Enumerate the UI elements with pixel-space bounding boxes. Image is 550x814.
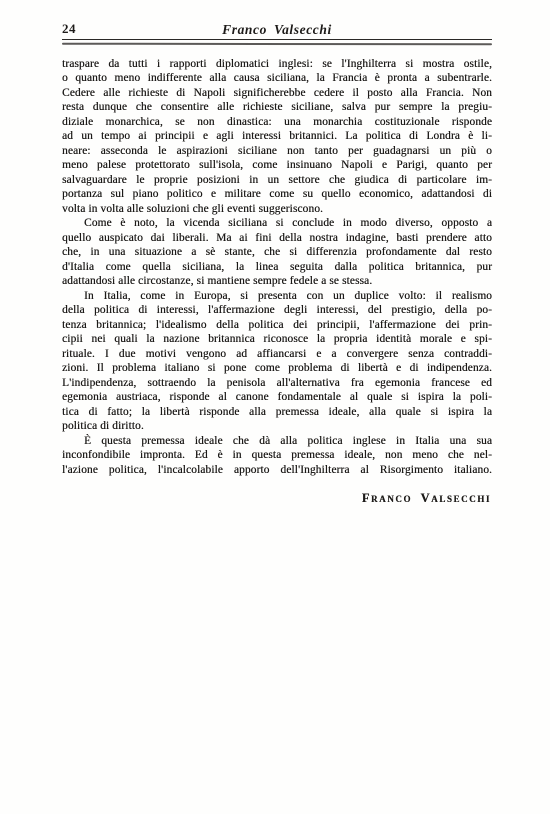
text-line: volta in volta alle soluzioni che gli ev…: [62, 202, 492, 217]
paragraph: Come è noto, la vicenda siciliana si con…: [62, 216, 492, 289]
text-line: L'indipendenza, sottraendo la penisola a…: [62, 376, 492, 391]
author-signature: Franco Valsecchi: [62, 491, 492, 506]
running-title: Franco Valsecchi: [62, 22, 492, 38]
text-line: traspare da tutti i rapporti diplomatici…: [62, 57, 492, 72]
text-line: cipii nei quali la nazione britannica ri…: [62, 332, 492, 347]
text-line: zioni. Il problema italiano si pone come…: [62, 361, 492, 376]
text-line: che, in una situazione a sè stante, che …: [62, 245, 492, 260]
header-rule-bottom: [62, 43, 492, 45]
text-line: quello auspicato dai liberali. Ma ai fin…: [62, 231, 492, 246]
text-line: È questa premessa ideale che dà alla pol…: [62, 434, 492, 449]
body-text: traspare da tutti i rapporti diplomatici…: [62, 57, 492, 478]
text-line: salvaguardare le proprie posizioni in un…: [62, 173, 492, 188]
text-line: resta dunque che consentire alle richies…: [62, 100, 492, 115]
text-line: diziale monarchica, se non dinastica: un…: [62, 115, 492, 130]
running-header: 24 Franco Valsecchi: [62, 20, 492, 37]
text-line: o quanto meno indifferente alla causa si…: [62, 71, 492, 86]
text-line: tica di fatto; la libertà risponde alla …: [62, 405, 492, 420]
text-line: portanza sul piano politico e militare c…: [62, 187, 492, 202]
text-line: Come è noto, la vicenda siciliana si con…: [62, 216, 492, 231]
text-line: In Italia, come in Europa, si presenta c…: [62, 289, 492, 304]
text-line: tenza britannica; l'idealismo della poli…: [62, 318, 492, 333]
text-line: Cedere alle richieste di Napoli signific…: [62, 86, 492, 101]
scanned-book-page: 24 Franco Valsecchi traspare da tutti i …: [0, 0, 550, 814]
text-line: adattandosi alle circostanze, si mantien…: [62, 274, 492, 289]
paragraph: traspare da tutti i rapporti diplomatici…: [62, 57, 492, 217]
text-line: neare: asseconda le aspirazioni sicilian…: [62, 144, 492, 159]
text-line: egemonia austriaca, risponde al canone f…: [62, 390, 492, 405]
header-rule-top: [62, 39, 492, 40]
text-line: inconfondibile impronta. Ed è in questa …: [62, 448, 492, 463]
page-content: 24 Franco Valsecchi traspare da tutti i …: [62, 20, 492, 506]
text-line: della politica di interessi, l'affermazi…: [62, 303, 492, 318]
text-line: politica di diritto.: [62, 419, 492, 434]
text-line: d'Italia come quella siciliana, la linea…: [62, 260, 492, 275]
text-line: ad un tempo ai principii e agli interess…: [62, 129, 492, 144]
text-line: meno palese protettorato sull'isola, com…: [62, 158, 492, 173]
text-line: rituale. I due motivi vengono ad affianc…: [62, 347, 492, 362]
text-line: l'azione politica, l'incalcolabile appor…: [62, 463, 492, 478]
paragraph: In Italia, come in Europa, si presenta c…: [62, 289, 492, 434]
paragraph: È questa premessa ideale che dà alla pol…: [62, 434, 492, 478]
